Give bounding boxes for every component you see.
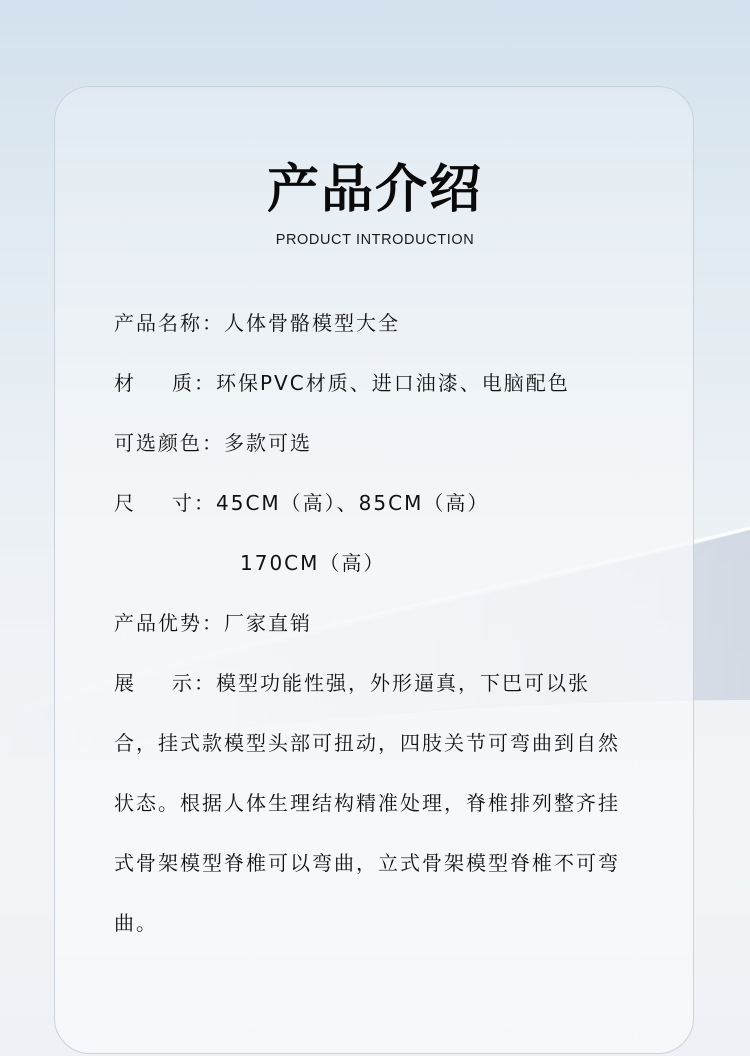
display-text-line: 状态。根据人体生理结构精准处理，脊椎排列整齐挂 [114, 789, 620, 817]
display-text-line: 合，挂式款模型头部可扭动，四肢关节可弯曲到自然 [114, 729, 620, 757]
spec-colon: ： [202, 609, 224, 637]
spec-label-char: 尺 [114, 489, 136, 517]
spec-colon: ： [202, 309, 224, 337]
spec-value: 厂家直销 [224, 609, 312, 637]
spec-size-line2: 170CM（高） [240, 549, 385, 577]
spec-label: 展示 [114, 669, 194, 697]
spec-label: 产品名称 [114, 309, 202, 337]
spec-row-advantage: 产品优势：厂家直销 [114, 609, 312, 637]
spec-label-char: 寸 [172, 489, 194, 517]
spec-label: 尺寸 [114, 489, 194, 517]
spec-label: 材质 [114, 369, 194, 397]
spec-row-material: 材质：环保PVC材质、进口油漆、电脑配色 [114, 369, 570, 397]
spec-label-char: 展 [114, 669, 136, 697]
spec-label: 产品优势 [114, 609, 202, 637]
display-text-line: 曲。 [114, 909, 158, 937]
spec-row-name: 产品名称：人体骨骼模型大全 [114, 309, 400, 337]
spec-row-size: 尺寸：45CM（高）、85CM（高） [114, 489, 489, 517]
spec-row-display: 展示：模型功能性强，外形逼真，下巴可以张 [114, 669, 590, 697]
spec-label-char: 示 [172, 669, 194, 697]
spec-value: 环保PVC材质、进口油漆、电脑配色 [216, 369, 570, 397]
page-subtitle: PRODUCT INTRODUCTION [0, 232, 750, 248]
display-text-line: 式骨架模型脊椎可以弯曲，立式骨架模型脊椎不可弯 [114, 849, 620, 877]
spec-value: 45CM（高）、85CM（高） [216, 489, 489, 517]
spec-label-char: 质 [172, 369, 194, 397]
spec-colon: ： [194, 489, 216, 517]
spec-value: 人体骨骼模型大全 [224, 309, 400, 337]
spec-row-colors: 可选颜色：多款可选 [114, 429, 312, 457]
spec-colon: ： [194, 369, 216, 397]
spec-colon: ： [194, 669, 216, 697]
spec-label: 可选颜色 [114, 429, 202, 457]
spec-value: 模型功能性强，外形逼真，下巴可以张 [216, 669, 590, 697]
page-title: 产品介绍 [0, 158, 750, 222]
spec-label-char: 材 [114, 369, 136, 397]
spec-colon: ： [202, 429, 224, 457]
spec-value: 多款可选 [224, 429, 312, 457]
